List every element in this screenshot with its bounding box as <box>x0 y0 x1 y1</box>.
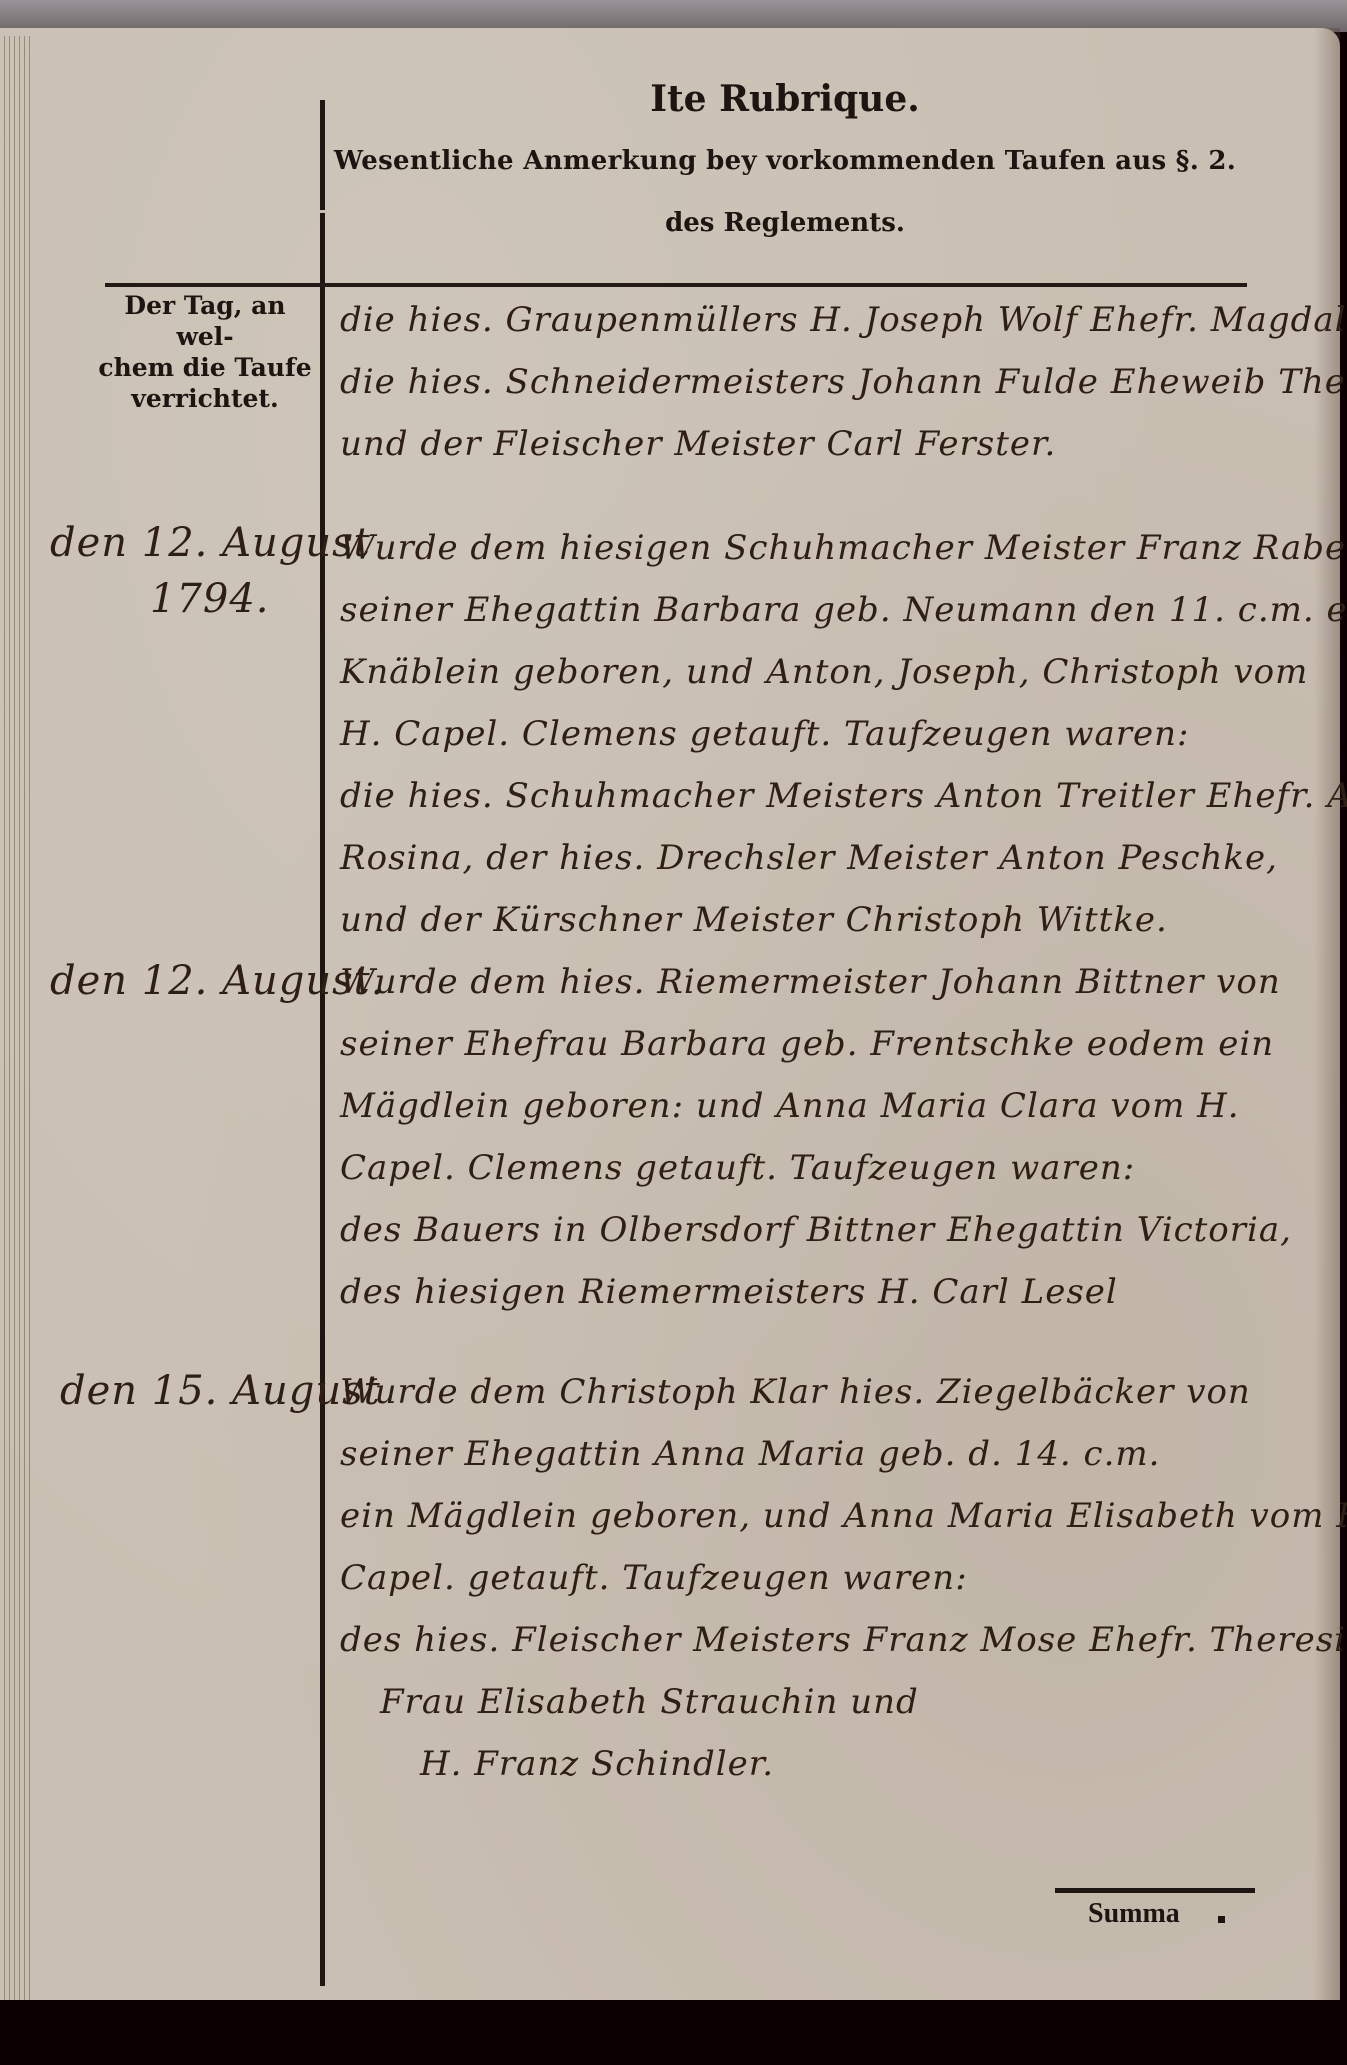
handwritten-line: Wurde dem hiesigen Schuhmacher Meister F… <box>340 528 1347 568</box>
binding-edge <box>4 36 32 2000</box>
handwritten-line: die hies. Graupenmüllers H. Joseph Wolf … <box>340 300 1347 340</box>
handwritten-line: die hies. Schuhmacher Meisters Anton Tre… <box>340 776 1347 816</box>
handwritten-line: Frau Elisabeth Strauchin und <box>380 1682 919 1722</box>
handwritten-line: H. Franz Schindler. <box>420 1744 774 1784</box>
handwritten-line: des hies. Fleischer Meisters Franz Mose … <box>340 1620 1347 1660</box>
handwritten-line: Capel. getauft. Taufzeugen waren: <box>340 1558 968 1598</box>
handwritten-line: und der Fleischer Meister Carl Ferster. <box>340 424 1056 464</box>
handwritten-line: seiner Ehegattin Anna Maria geb. d. 14. … <box>340 1434 1160 1474</box>
scan-bottom-edge <box>0 2000 1347 2065</box>
col-head-line: verrichtet. <box>95 383 315 414</box>
summa-rule <box>1055 1888 1255 1893</box>
entry-date: den 12. August <box>50 520 371 566</box>
page-subtitle-2: des Reglements. <box>330 208 1240 238</box>
col-head-line: Der Tag, an wel- <box>95 290 315 352</box>
entry-date: den 12. August. <box>50 958 384 1004</box>
handwritten-line: Capel. Clemens getauft. Taufzeugen waren… <box>340 1148 1135 1188</box>
page-subtitle: Wesentliche Anmerkung bey vorkommenden T… <box>330 146 1240 176</box>
handwritten-line: seiner Ehefrau Barbara geb. Frentschke e… <box>340 1024 1274 1064</box>
handwritten-line: Knäblein geboren, und Anton, Joseph, Chr… <box>340 652 1308 692</box>
summa-label: Summa <box>1088 1898 1180 1930</box>
header-rule <box>105 283 1247 287</box>
handwritten-line: des Bauers in Olbersdorf Bittner Ehegatt… <box>340 1210 1292 1250</box>
register-page: Ite Rubrique. Wesentliche Anmerkung bey … <box>0 28 1340 2000</box>
divider-gap <box>318 210 327 213</box>
handwritten-line: Mägdlein geboren: und Anna Maria Clara v… <box>340 1086 1240 1126</box>
page-title: Ite Rubrique. <box>330 78 1240 120</box>
column-divider <box>320 100 325 1986</box>
handwritten-line: Rosina, der hies. Drechsler Meister Anto… <box>340 838 1278 878</box>
handwritten-line: und der Kürschner Meister Christoph Witt… <box>340 900 1168 940</box>
handwritten-line: ein Mägdlein geboren, und Anna Maria Eli… <box>340 1496 1347 1536</box>
handwritten-line: Wurde dem hies. Riemermeister Johann Bit… <box>340 962 1281 1002</box>
handwritten-line: H. Capel. Clemens getauft. Taufzeugen wa… <box>340 714 1189 754</box>
entry-year: 1794. <box>150 576 270 622</box>
summa-dot <box>1218 1916 1225 1923</box>
col-head-line: chem die Taufe <box>95 352 315 383</box>
handwritten-line: seiner Ehegattin Barbara geb. Neumann de… <box>340 590 1347 630</box>
handwritten-line: Wurde dem Christoph Klar hies. Ziegelbäc… <box>340 1372 1251 1412</box>
entry-date: den 15. August <box>60 1368 381 1414</box>
handwritten-line: die hies. Schneidermeisters Johann Fulde… <box>340 362 1347 402</box>
date-column-header: Der Tag, an wel- chem die Taufe verricht… <box>95 290 315 414</box>
handwritten-line: des hiesigen Riemermeisters H. Carl Lese… <box>340 1272 1118 1312</box>
